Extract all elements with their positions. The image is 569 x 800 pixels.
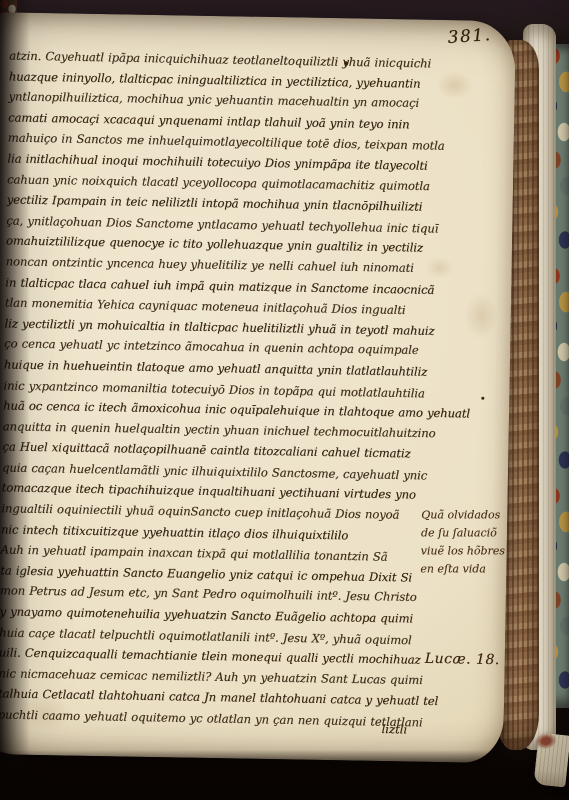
ink-blot <box>344 61 348 65</box>
manuscript-page: 381. atzin. Cayehuatl ipãpa inicquichihu… <box>0 12 516 763</box>
gutter-shadow <box>0 0 30 800</box>
margin-note-line: en eſta vida <box>420 561 516 579</box>
manuscript-text-block: atzin. Cayehuatl ipãpa inicquichihuaz te… <box>0 45 449 732</box>
margin-note-line: viuẽ los hõbres <box>421 543 517 561</box>
margin-note-line: Quã olvidados <box>421 507 517 525</box>
margin-note-salvation: Quã olvidadosde ſu ſaluaciõviuẽ los hõbr… <box>420 506 517 580</box>
open-book-photo: 381. atzin. Cayehuatl ipãpa inicquichihu… <box>0 0 569 800</box>
margin-note-scripture-ref: Lucæ. 18. <box>425 650 500 669</box>
catchword: liztli <box>381 719 407 739</box>
margin-note-line: de ſu ſaluaciõ <box>421 525 517 543</box>
folio-number: 381. <box>447 25 492 48</box>
bottom-shadow-band <box>0 750 569 800</box>
ink-dot <box>481 397 484 400</box>
